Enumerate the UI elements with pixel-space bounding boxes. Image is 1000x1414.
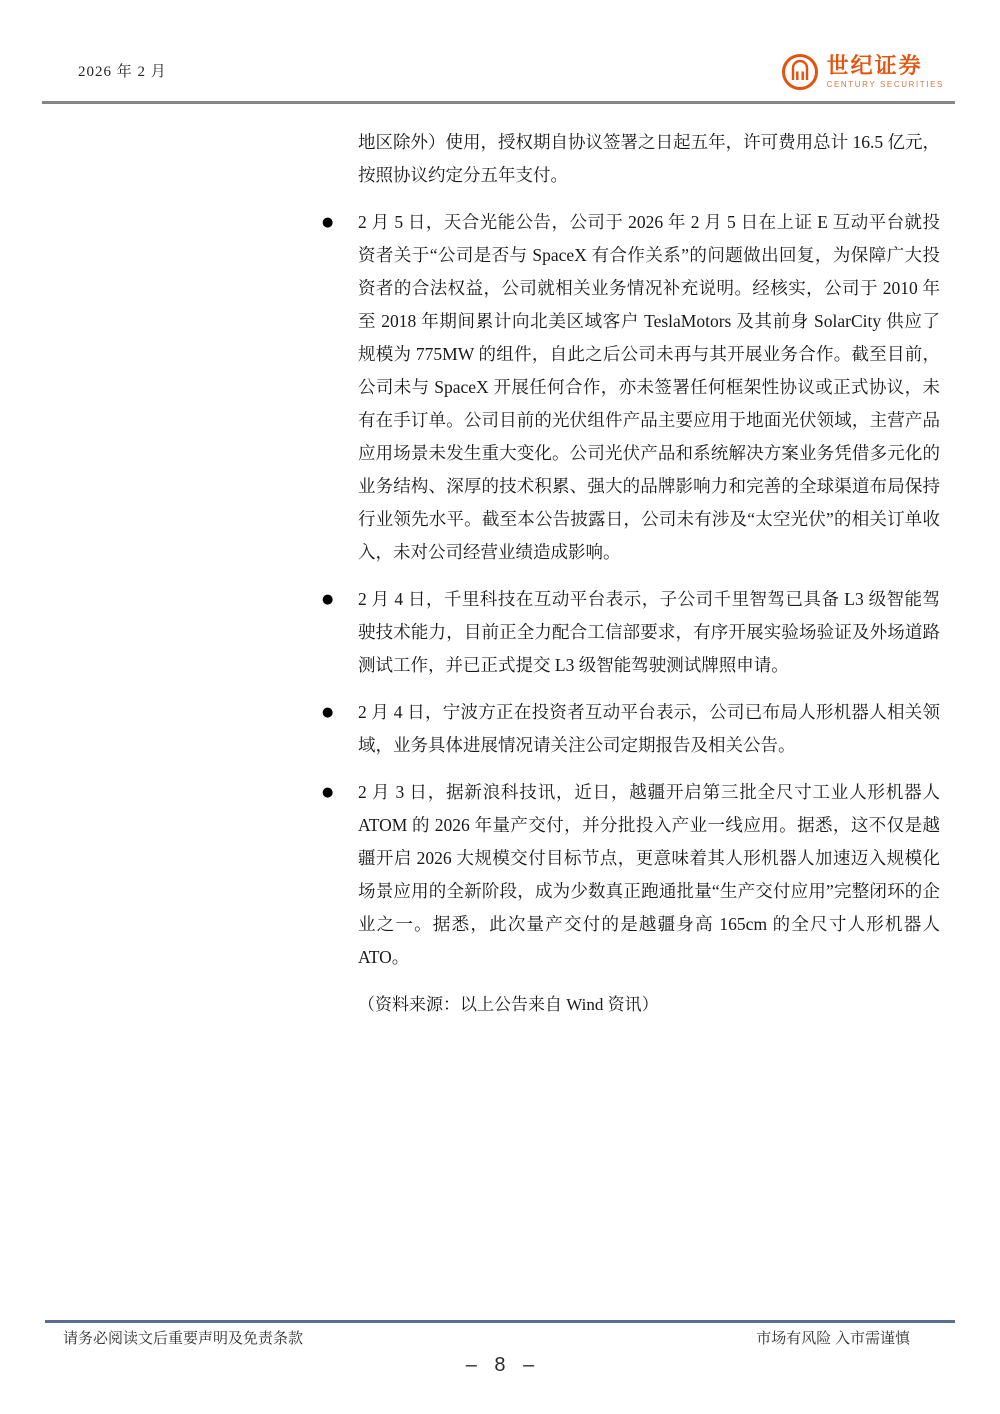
bullet-icon: ● — [322, 696, 358, 762]
disclaimer-text: 请务必阅读文后重要声明及免责条款 — [63, 1327, 303, 1348]
bullet-icon: ● — [322, 583, 358, 682]
brand-logo-icon — [780, 52, 820, 92]
report-page: 2026 年 2 月 世纪证券 CENTURY SECURITIES 地区除外）… — [0, 0, 1000, 1414]
footer: 请务必阅读文后重要声明及免责条款 市场有风险 入市需谨慎 — [63, 1327, 910, 1348]
risk-warning-text: 市场有风险 入市需谨慎 — [756, 1327, 910, 1348]
announcement-text: 2 月 4 日，千里科技在互动平台表示，子公司千里智驾已具备 L3 级智能驾驶技… — [358, 583, 940, 682]
announcement-text: 2 月 5 日，天合光能公告，公司于 2026 年 2 月 5 日在上证 E 互… — [358, 206, 940, 569]
header-divider — [42, 101, 955, 104]
list-item: ● 2 月 5 日，天合光能公告，公司于 2026 年 2 月 5 日在上证 E… — [322, 206, 940, 569]
list-item: ● 2 月 4 日，宁波方正在投资者互动平台表示，公司已布局人形机器人相关领域，… — [322, 696, 940, 762]
brand-logo: 世纪证券 CENTURY SECURITIES — [780, 52, 944, 92]
source-note: （资料来源：以上公告来自 Wind 资讯） — [358, 988, 940, 1021]
footer-divider — [45, 1320, 955, 1323]
paragraph-continuation: 地区除外）使用，授权期自协议签署之日起五年，许可费用总计 16.5 亿元，按照协… — [358, 126, 940, 192]
bullet-icon: ● — [322, 776, 358, 974]
announcement-list: ● 2 月 5 日，天合光能公告，公司于 2026 年 2 月 5 日在上证 E… — [322, 206, 940, 974]
list-item: ● 2 月 3 日，据新浪科技讯，近日，越疆开启第三批全尺寸工业人形机器人 AT… — [322, 776, 940, 974]
brand-logo-text: 世纪证券 CENTURY SECURITIES — [827, 55, 944, 89]
bullet-icon: ● — [322, 206, 358, 569]
brand-name-cn: 世纪证券 — [827, 55, 944, 77]
announcement-text: 2 月 3 日，据新浪科技讯，近日，越疆开启第三批全尺寸工业人形机器人 ATOM… — [358, 776, 940, 974]
list-item: ● 2 月 4 日，千里科技在互动平台表示，子公司千里智驾已具备 L3 级智能驾… — [322, 583, 940, 682]
announcement-text: 2 月 4 日，宁波方正在投资者互动平台表示，公司已布局人形机器人相关领域，业务… — [358, 696, 940, 762]
page-number: – 8 – — [0, 1354, 1000, 1377]
report-body: 地区除外）使用，授权期自协议签署之日起五年，许可费用总计 16.5 亿元，按照协… — [322, 126, 940, 1021]
brand-name-en: CENTURY SECURITIES — [827, 81, 944, 89]
report-date: 2026 年 2 月 — [78, 60, 167, 81]
